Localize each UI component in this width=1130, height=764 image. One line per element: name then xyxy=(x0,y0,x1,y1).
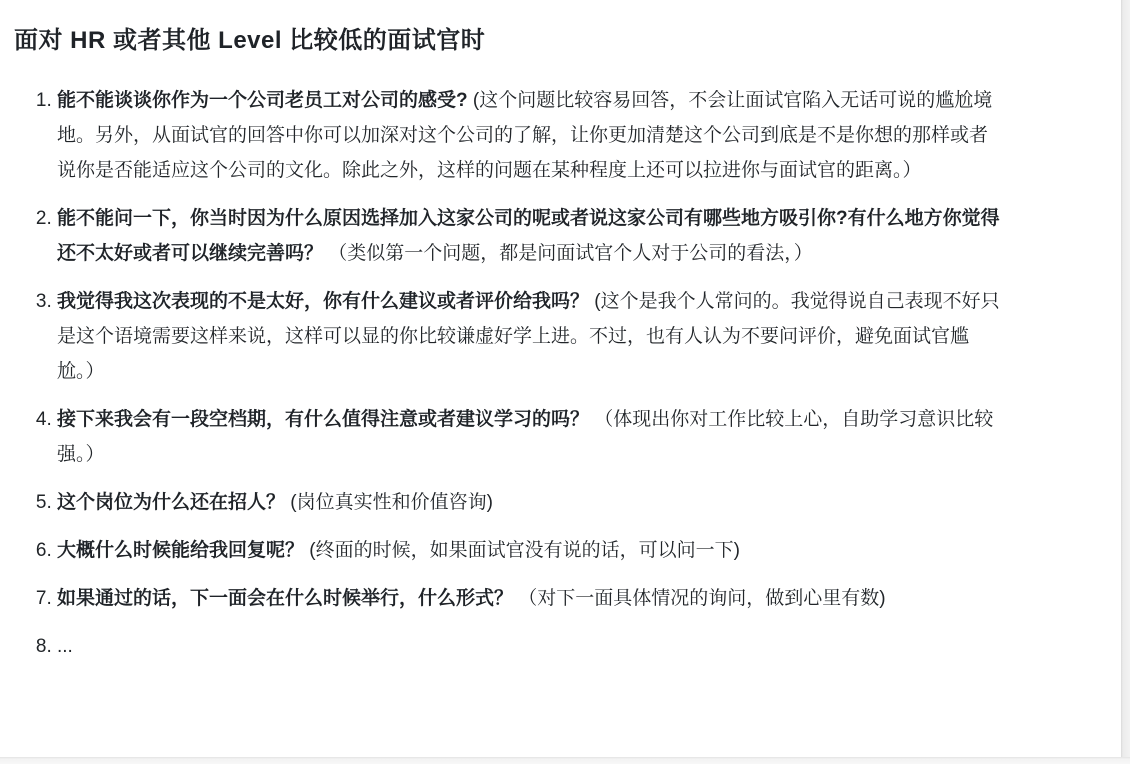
page-edge-right xyxy=(1121,0,1130,764)
question-text: 我觉得我这次表现的不是太好，你有什么建议或者评价给我吗？ xyxy=(57,291,589,312)
question-text: 大概什么时候能给我回复呢？ xyxy=(57,540,304,561)
document-page: 面对 HR 或者其他 Level 比较低的面试官时 能不能谈谈你作为一个公司老员… xyxy=(0,0,1130,764)
list-item: ... xyxy=(57,629,1004,664)
question-list: 能不能谈谈你作为一个公司老员工对公司的感受? (这个问题比较容易回答，不会让面试… xyxy=(14,83,1004,664)
list-item: 接下来我会有一段空档期，有什么值得注意或者建议学习的吗？ （体现出你对工作比较上… xyxy=(57,402,1004,472)
document-content: 面对 HR 或者其他 Level 比较低的面试官时 能不能谈谈你作为一个公司老员… xyxy=(0,0,1130,664)
page-title: 面对 HR 或者其他 Level 比较低的面试官时 xyxy=(14,26,1130,56)
list-item: 能不能问一下，你当时因为什么原因选择加入这家公司的呢或者说这家公司有哪些地方吸引… xyxy=(57,201,1004,271)
question-text: 如果通过的话，下一面会在什么时候举行，什么形式？ xyxy=(57,588,513,609)
list-item: 如果通过的话，下一面会在什么时候举行，什么形式？ （对下一面具体情况的询问，做到… xyxy=(57,581,1004,616)
question-note: ... xyxy=(57,636,73,657)
question-note: （类似第一个问题，都是问面试官个人对于公司的看法，） xyxy=(328,243,813,264)
question-note: （对下一面具体情况的询问，做到心里有数) xyxy=(518,588,885,609)
list-item: 能不能谈谈你作为一个公司老员工对公司的感受? (这个问题比较容易回答，不会让面试… xyxy=(57,83,1004,188)
question-text: 能不能谈谈你作为一个公司老员工对公司的感受? xyxy=(57,90,468,111)
list-item: 这个岗位为什么还在招人？ (岗位真实性和价值咨询) xyxy=(57,485,1004,520)
page-edge-bottom xyxy=(0,757,1130,764)
list-item: 大概什么时候能给我回复呢？ (终面的时候，如果面试官没有说的话，可以问一下) xyxy=(57,533,1004,568)
list-item: 我觉得我这次表现的不是太好，你有什么建议或者评价给我吗？ (这个是我个人常问的。… xyxy=(57,284,1004,389)
question-note: (终面的时候，如果面试官没有说的话，可以问一下) xyxy=(309,540,740,561)
question-text: 接下来我会有一段空档期，有什么值得注意或者建议学习的吗？ xyxy=(57,409,589,430)
question-note: (岗位真实性和价值咨询) xyxy=(290,492,493,513)
question-text: 这个岗位为什么还在招人？ xyxy=(57,492,285,513)
